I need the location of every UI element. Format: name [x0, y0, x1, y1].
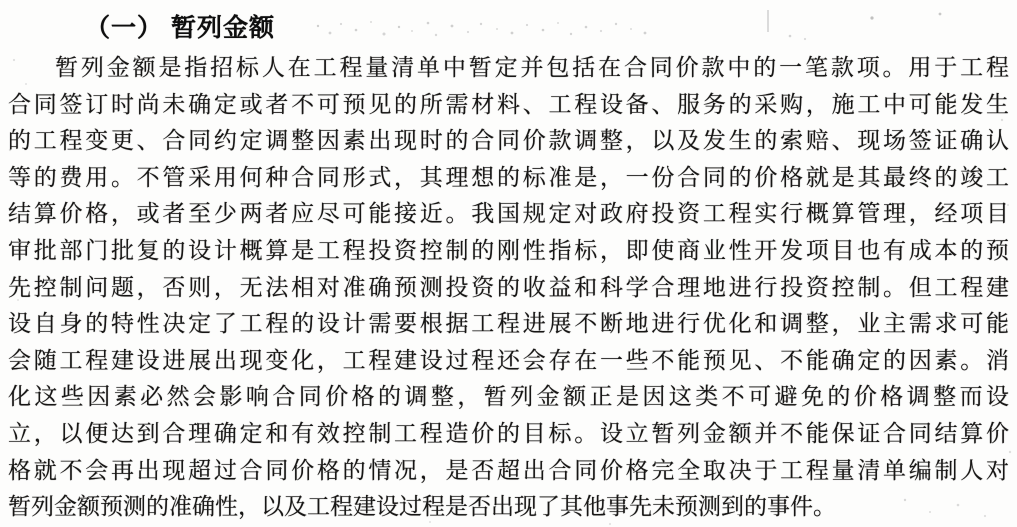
text-line: 的工程变更、合同约定调整因素出现时的合同价款调整，以及发生的索赔、现场签证确认	[8, 123, 1009, 160]
text-line: 暂列金额预测的准确性，以及工程建设过程是否出现了其他事先未预测到的事件。	[8, 489, 1009, 526]
paragraph: 暂列金额是指招标人在工程量清单中暂定并包括在合同价款中的一笔款项。用于工程 合同…	[8, 50, 1009, 526]
text-line: 审批部门批复的设计概算是工程投资控制的刚性指标，即使商业性开发项目也有成本的预	[8, 233, 1009, 270]
text-line: 立，以便达到合理确定和有效控制工程造价的目标。设立暂列金额并不能保证合同结算价	[8, 416, 1009, 453]
section-heading: （一） 暂列金额	[85, 9, 275, 47]
text-line: 化这些因素必然会影响合同价格的调整，暂列金额正是因这类不可避免的价格调整而设	[8, 379, 1009, 416]
text-line: 先控制问题，否则，无法相对准确预测投资的收益和科学合理地进行投资控制。但工程建	[8, 270, 1009, 307]
text-line: 设自身的特性决定了工程的设计需要根据工程进展不断地进行优化和调整，业主需求可能	[8, 306, 1009, 343]
scanned-document-page: （一） 暂列金额 暂列金额是指招标人在工程量清单中暂定并包括在合同价款中的一笔款…	[0, 0, 1017, 527]
text-line: 格就不会再出现超过合同价格的情况，是否超出合同价格完全取决于工程量清单编制人对	[8, 453, 1009, 490]
text-line: 暂列金额是指招标人在工程量清单中暂定并包括在合同价款中的一笔款项。用于工程	[8, 50, 1009, 87]
text-line: 会随工程建设进展出现变化，工程建设过程还会存在一些不能预见、不能确定的因素。消	[8, 343, 1009, 380]
text-line: 合同签订时尚未确定或者不可预见的所需材料、工程设备、服务的采购，施工中可能发生	[8, 87, 1009, 124]
text-line: 结算价格，或者至少两者应尽可能接近。我国规定对政府投资工程实行概算管理，经项目	[8, 196, 1009, 233]
text-line: 等的费用。不管采用何种合同形式，其理想的标准是，一份合同的价格就是其最终的竣工	[8, 160, 1009, 197]
